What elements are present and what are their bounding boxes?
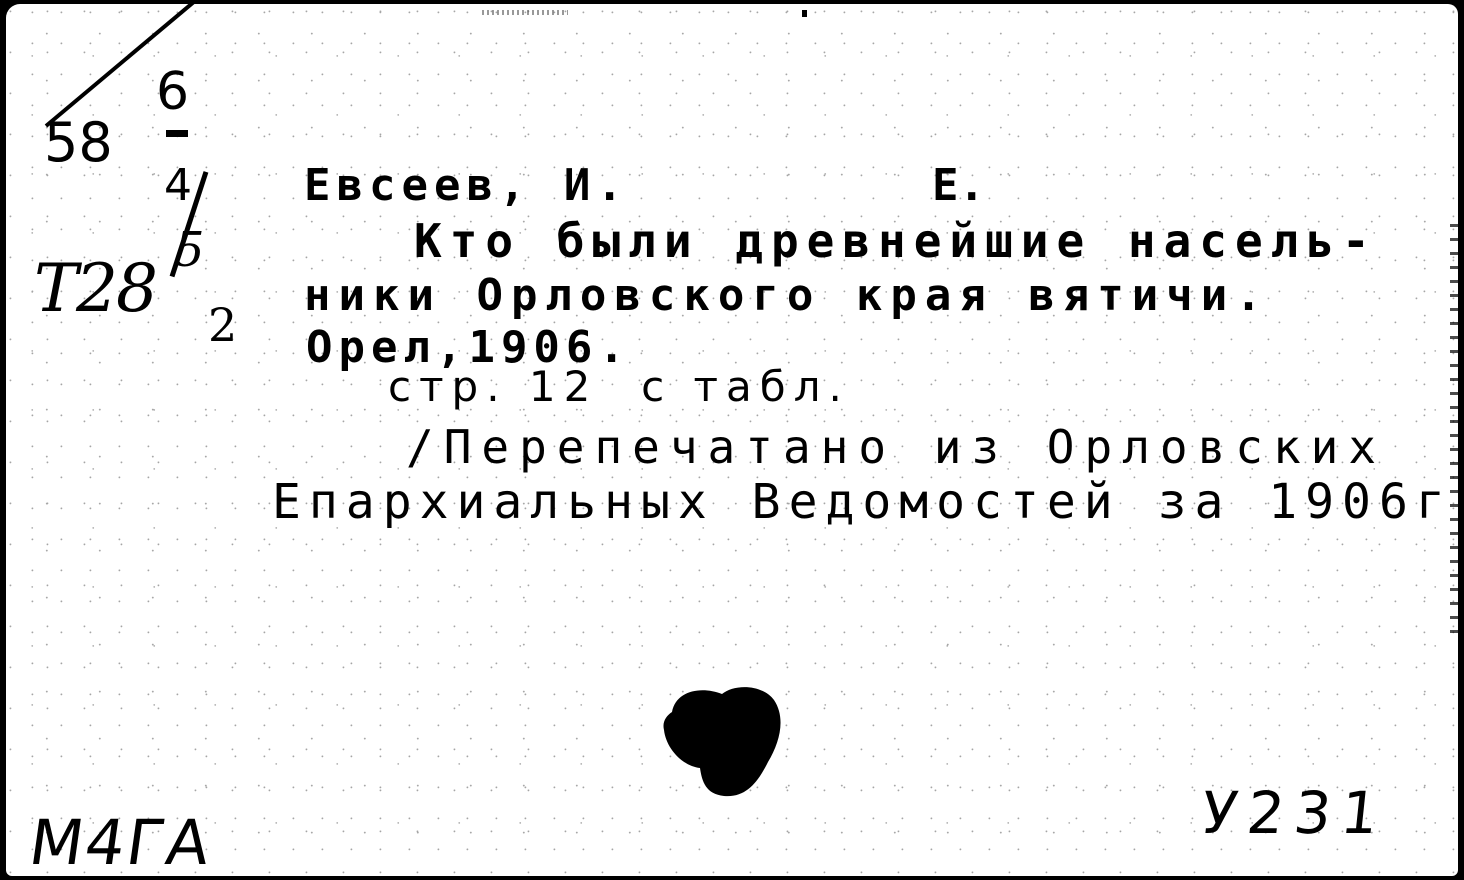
reprint-note-line-2: Епархиальных Ведомостей за 1906г (272, 478, 1453, 526)
shelf-code: 58 (44, 116, 113, 170)
title-line-2: ники Орловского края вятичи. (304, 274, 1270, 318)
ink-blot (662, 682, 786, 800)
reprint-note-line-1: /Перепечатано из Орловских (406, 424, 1386, 470)
author-second-initial: Е. (932, 164, 985, 208)
title-line-1: Кто были древнейшие насель- (414, 218, 1378, 264)
bottom-left-code: М4ГА (26, 812, 216, 874)
card-edge-marks (1450, 224, 1458, 644)
author-name: Евсеев, И. (304, 164, 629, 208)
call-number-denominator: 2 (208, 302, 237, 348)
shelf-fraction-denominator: 4 (164, 164, 192, 208)
call-number-prefix: Т28 (34, 256, 156, 322)
catalog-card: 58 6 4 Т28 5 2 Евсеев, И. Е. Кто были др… (6, 4, 1458, 876)
top-smudge (482, 10, 568, 15)
pagination: стр. 12 с табл. (388, 366, 850, 408)
inventory-number: У231 (1199, 784, 1391, 842)
strike-through-line (45, 4, 228, 128)
shelf-fraction-numerator: 6 (156, 66, 189, 118)
top-mark (802, 10, 807, 17)
shelf-fraction-bar (166, 130, 188, 137)
